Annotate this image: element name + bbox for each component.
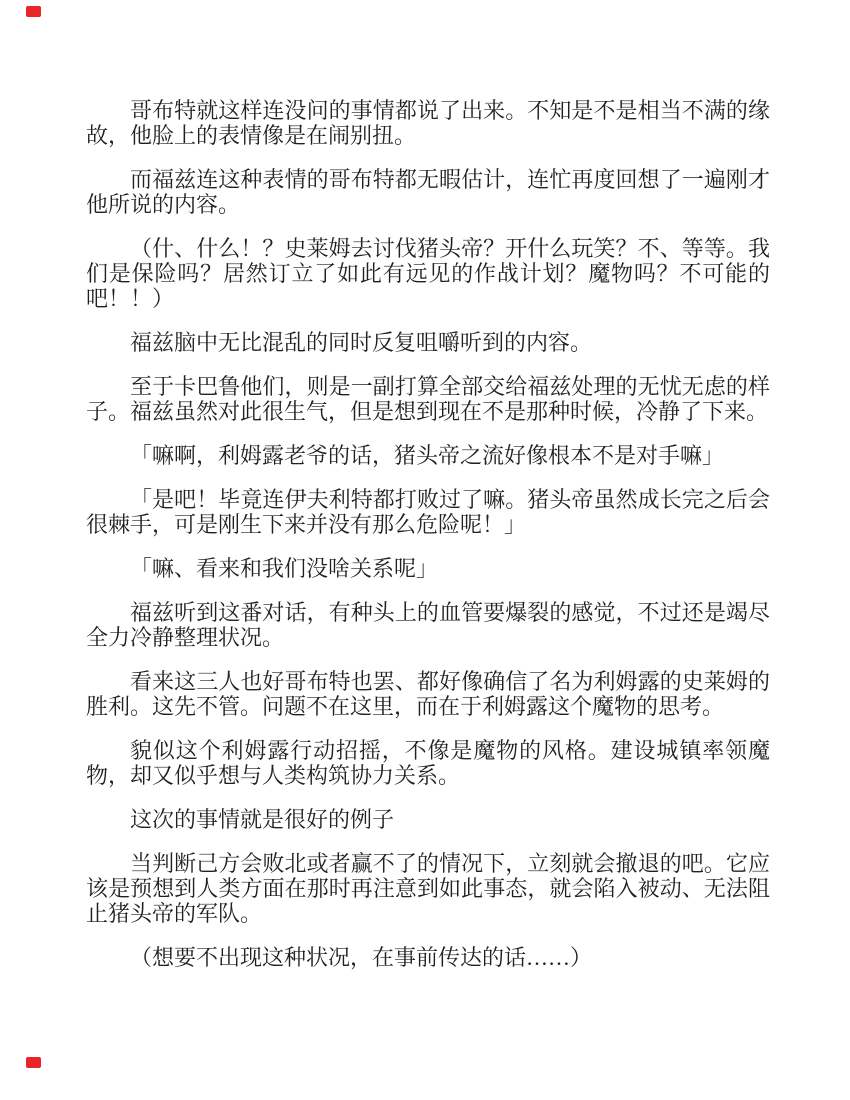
paragraph: 当判断己方会败北或者赢不了的情况下，立刻就会撤退的吧。它应该是预想到人类方面在那… — [86, 851, 770, 926]
paragraph: 哥布特就这样连没问的事情都说了出来。不知是不是相当不满的缘故，他脸上的表情像是在… — [86, 98, 770, 148]
paragraph: 看来这三人也好哥布特也罢、都好像确信了名为利姆露的史莱姆的胜利。这先不管。问题不… — [86, 669, 770, 719]
dialogue-paragraph: 「嘛、看来和我们没啥关系呢」 — [86, 556, 770, 581]
paragraph: 而福兹连这种表情的哥布特都无暇估计，连忙再度回想了一遍刚才他所说的内容。 — [86, 167, 770, 217]
red-corner-marker-top — [26, 6, 41, 17]
paragraph: 这次的事情就是很好的例子 — [86, 807, 770, 832]
paragraph: 福兹脑中无比混乱的同时反复咀嚼听到的内容。 — [86, 330, 770, 355]
novel-text-block: 哥布特就这样连没问的事情都说了出来。不知是不是相当不满的缘故，他脸上的表情像是在… — [86, 98, 770, 989]
dialogue-paragraph: 「嘛啊，利姆露老爷的话，猪头帝之流好像根本不是对手嘛」 — [86, 443, 770, 468]
paragraph: 貌似这个利姆露行动招摇，不像是魔物的风格。建设城镇率领魔物，却又似乎想与人类构筑… — [86, 738, 770, 788]
paragraph: （什、什么！？史莱姆去讨伐猪头帝？开什么玩笑？不、等等。我们是保险吗？居然订立了… — [86, 236, 770, 311]
dialogue-paragraph: 「是吧！毕竟连伊夫利特都打败过了嘛。猪头帝虽然成长完之后会很棘手，可是刚生下来并… — [86, 487, 770, 537]
red-corner-marker-bottom — [26, 1057, 41, 1068]
paragraph: （想要不出现这种状况，在事前传达的话……） — [86, 945, 770, 970]
paragraph: 福兹听到这番对话，有种头上的血管要爆裂的感觉，不过还是竭尽全力冷静整理状况。 — [86, 600, 770, 650]
novel-page: 哥布特就这样连没问的事情都说了出来。不知是不是相当不满的缘故，他脸上的表情像是在… — [0, 0, 850, 1100]
paragraph: 至于卡巴鲁他们，则是一副打算全部交给福兹处理的无忧无虑的样子。福兹虽然对此很生气… — [86, 374, 770, 424]
